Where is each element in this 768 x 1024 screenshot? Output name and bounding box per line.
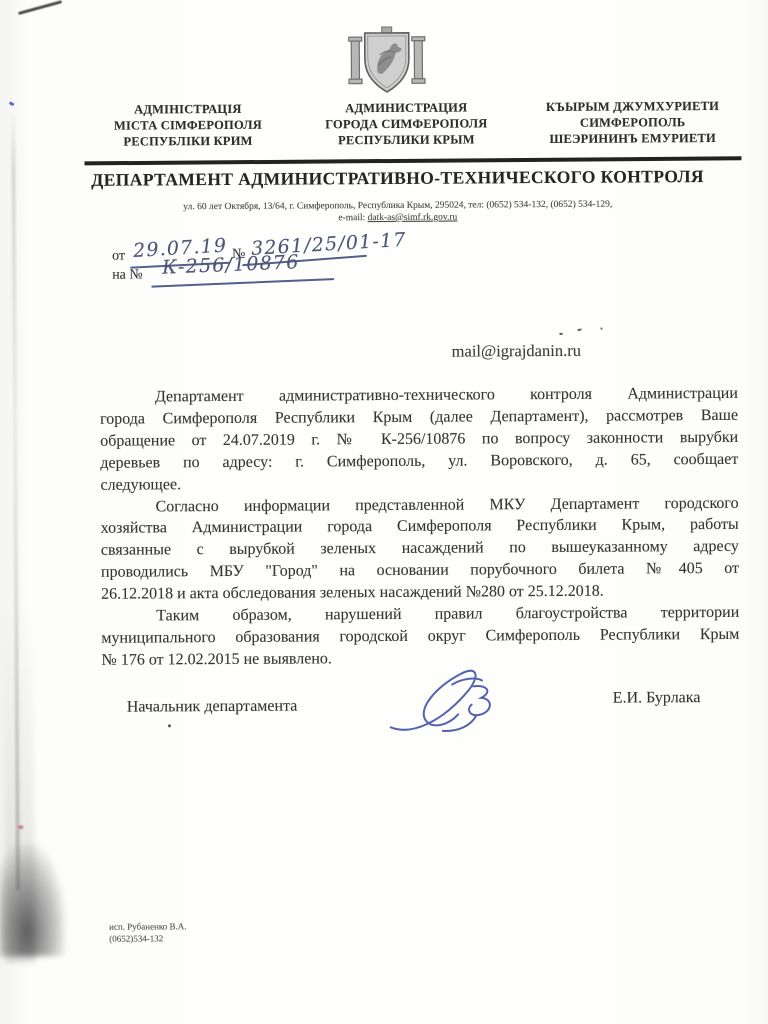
coat-of-arms-icon (346, 25, 428, 102)
document-content: АДМІНІСТРАЦІЯ МІСТА СІМФЕРОПОЛЯ РЕСПУБЛІ… (0, 0, 768, 1024)
signatory-position: Начальник департамента (127, 698, 298, 717)
letterhead-line: РЕСПУБЛИКИ КРЫМ (300, 131, 513, 148)
body-line: деревьев по адресу: г. Симферополь, ул. … (100, 449, 738, 475)
executor-block: исп. Рубаненко В.А. (0652)534-132 (109, 921, 187, 944)
executor-phone: (0652)534-132 (109, 933, 186, 945)
body-line: проводились МБУ "Город" на основании пор… (101, 558, 739, 584)
letterhead-line: КЪЫРЫМ ДЖУМХУРИЕТИ (521, 98, 744, 115)
letterhead-line: ГОРОДА СИМФЕРОПОЛЯ (300, 115, 513, 132)
incoming-number-handwritten: К-256/10876 (162, 251, 300, 279)
letterhead-column-russian: АДМИНИСТРАЦИЯ ГОРОДА СИМФЕРОПОЛЯ РЕСПУБЛ… (300, 99, 514, 148)
reply-to-label: на № (112, 267, 143, 283)
letterhead-column-crimean-tatar: КЪЫРЫМ ДЖУМХУРИЕТИ СИМФЕРОПОЛЬ ШЕЭРИНИНЪ… (521, 98, 745, 147)
scanned-letter-page: АДМІНІСТРАЦІЯ МІСТА СІМФЕРОПОЛЯ РЕСПУБЛІ… (0, 0, 768, 1024)
body-line: муниципального образования городской окр… (101, 624, 739, 650)
contact-address-block: ул. 60 лет Октября, 13/64, г. Симферопол… (53, 198, 743, 226)
letter-body: Департамент административно-технического… (100, 383, 740, 672)
scan-artifact-mark (560, 333, 563, 335)
letterhead-line: АДМИНИСТРАЦИЯ (300, 99, 513, 116)
letterhead-columns: АДМІНІСТРАЦІЯ МІСТА СІМФЕРОПОЛЯ РЕСПУБЛІ… (84, 98, 744, 150)
letterhead-line: МІСТА СІМФЕРОПОЛЯ (84, 117, 292, 134)
scan-artifact-mark (577, 328, 581, 331)
scan-artifact-mark (601, 328, 603, 330)
scan-artifact-bottom-blob (0, 844, 65, 956)
department-title: ДЕПАРТАМЕНТ АДМИНИСТРАТИВНО-ТЕХНИЧЕСКОГО… (53, 166, 743, 191)
letterhead-column-ukrainian: АДМІНІСТРАЦІЯ МІСТА СІМФЕРОПОЛЯ РЕСПУБЛІ… (84, 101, 292, 150)
email-label: e-mail: (338, 213, 367, 223)
letterhead-line: РЕСПУБЛІКИ КРИМ (84, 133, 292, 150)
from-label: от (112, 249, 125, 265)
department-email: datk-as@simf.rk.gov.ru (368, 213, 458, 224)
header-divider-rule (84, 156, 741, 165)
executor-name: исп. Рубаненко В.А. (109, 921, 186, 933)
scan-artifact-pink-dot (18, 825, 24, 829)
signatory-name: Е.И. Бурлака (613, 689, 701, 708)
scan-artifact-blue-speck (9, 101, 15, 106)
letterhead-line: СИМФЕРОПОЛЬ (521, 114, 744, 131)
letterhead-line: АДМІНІСТРАЦІЯ (84, 101, 292, 118)
letterhead-line: ШЕЭРИНИНЪ ЕМУРИЕТИ (521, 130, 744, 147)
handwritten-signature-icon (385, 655, 521, 743)
scan-artifact-dot (168, 724, 171, 727)
handwritten-underline (151, 278, 334, 287)
scan-artifact-corner-line (18, 0, 62, 14)
recipient-email: mail@igrajdanin.ru (452, 341, 581, 362)
